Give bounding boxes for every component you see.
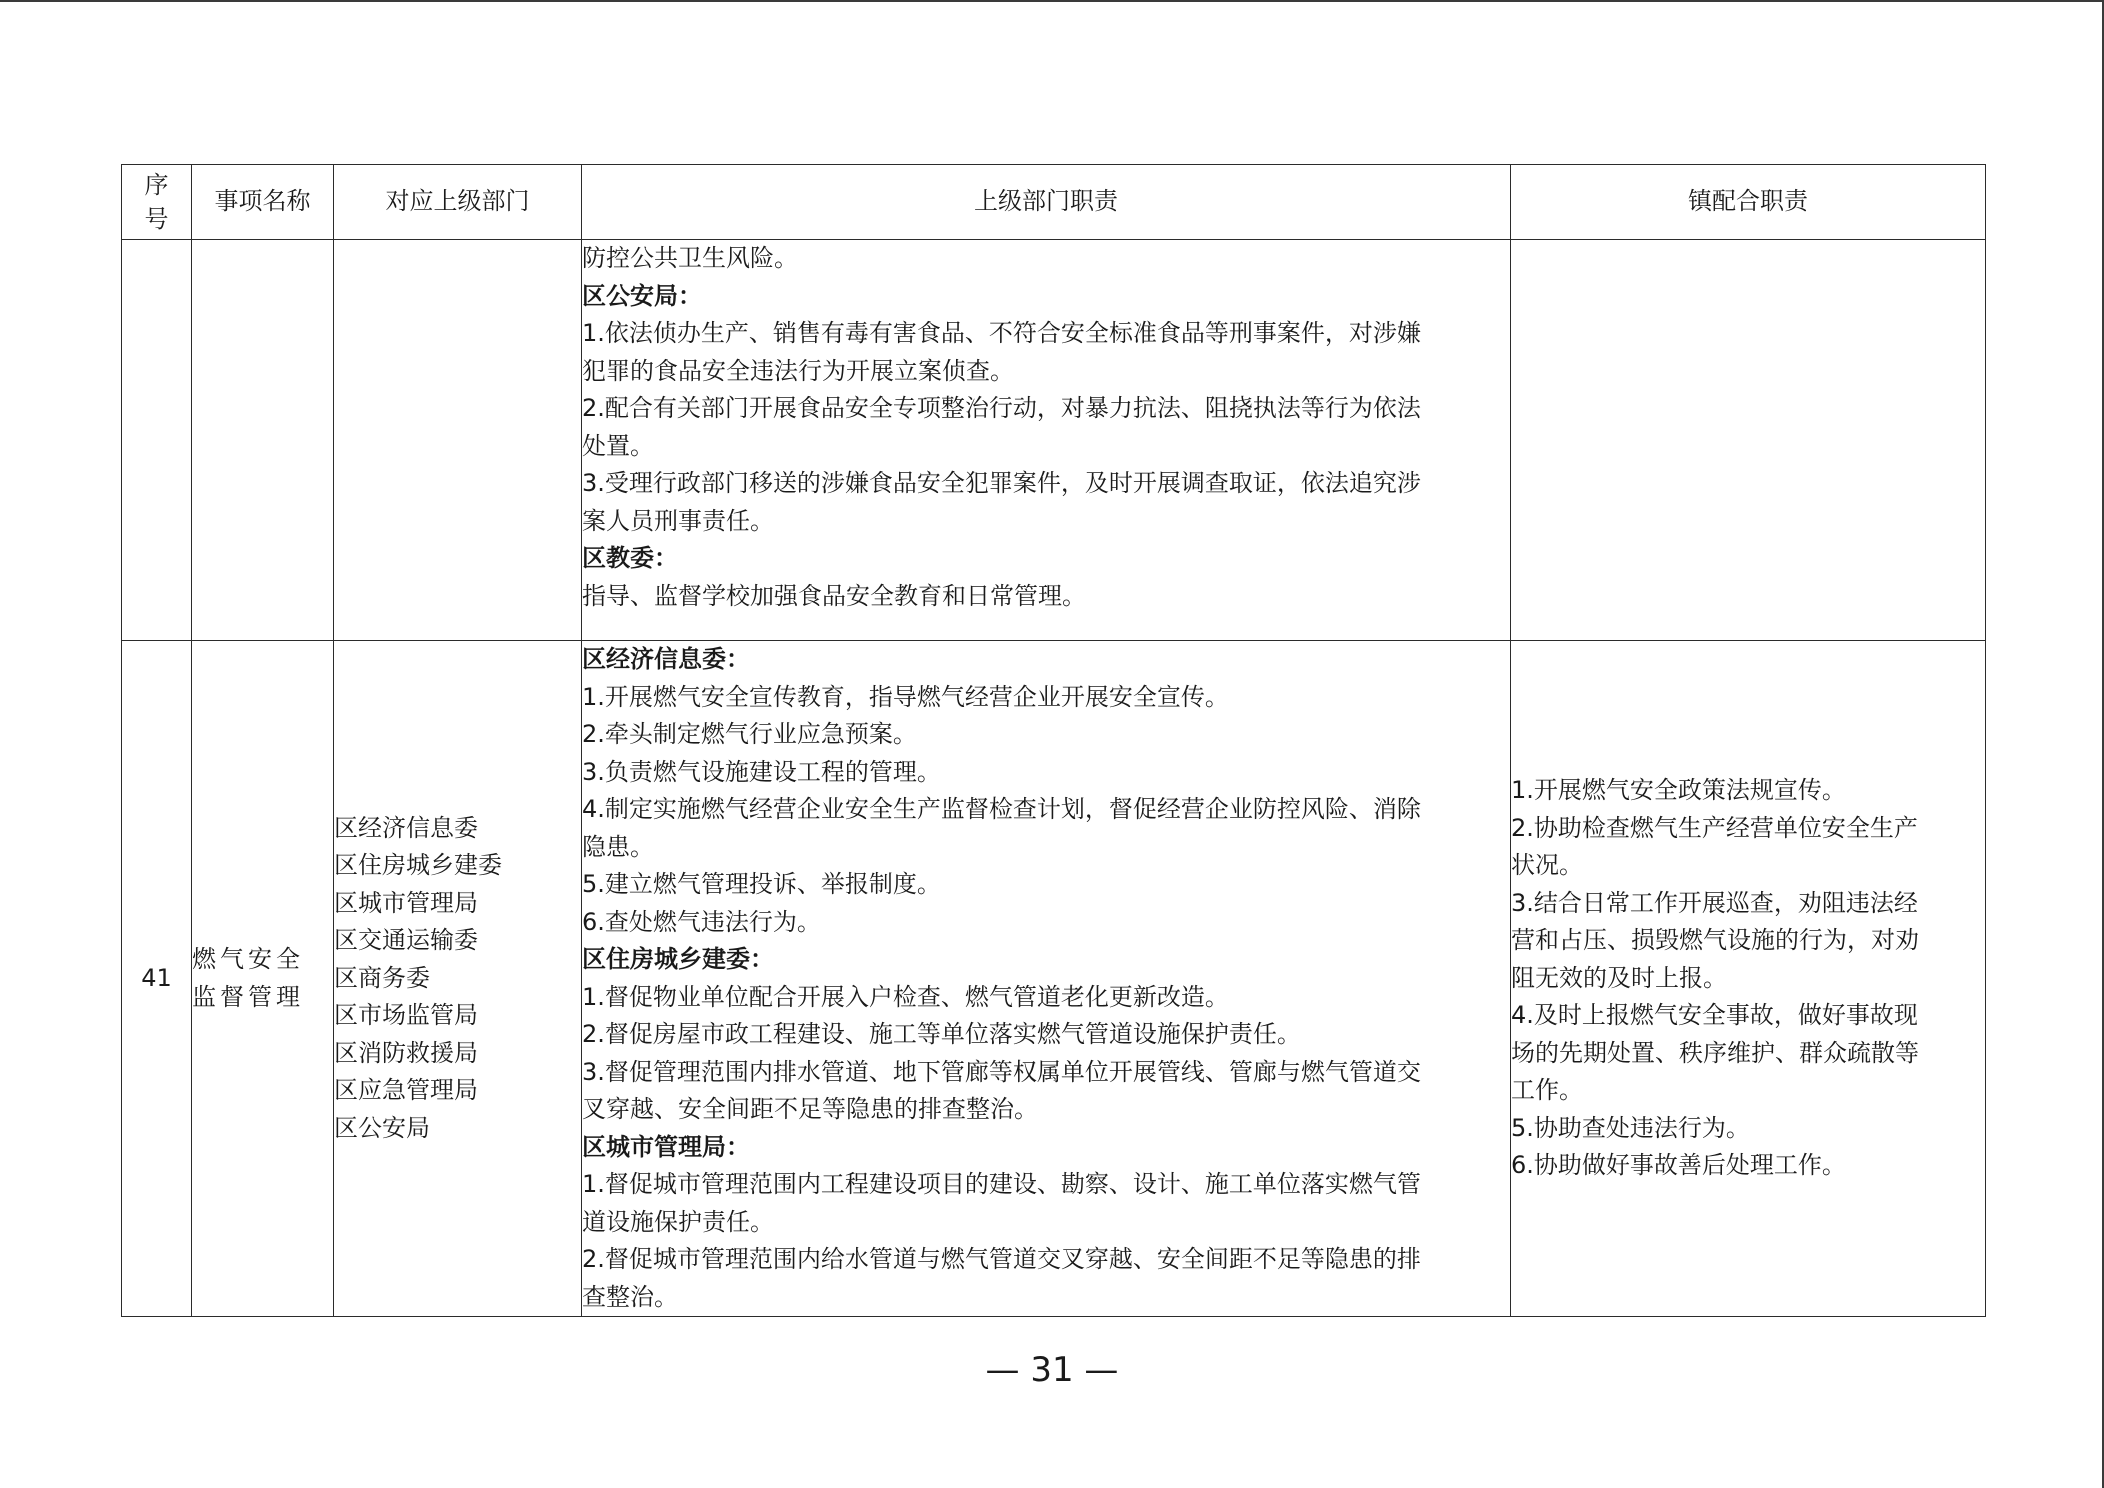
header-superior-dept: 对应上级部门 [334, 165, 582, 240]
duty-line: 犯罪的食品安全违法行为开展立案侦查。 [582, 353, 1510, 391]
text-line: 燃气安全 [192, 941, 333, 979]
duty-line: 1.督促物业单位配合开展入户检查、燃气管道老化更新改造。 [582, 979, 1510, 1017]
table-header-row: 序 号 事项名称 对应上级部门 上级部门职责 镇配合职责 [122, 165, 1986, 240]
text-line: 6.协助做好事故善后处理工作。 [1511, 1147, 1985, 1185]
row-serial-number: 41 [122, 641, 192, 1317]
row-superior-duties: 防控公共卫生风险。区公安局：1.依法侦办生产、销售有毒有害食品、不符合安全标准食… [582, 240, 1511, 641]
text-line: 状况。 [1511, 847, 1985, 885]
text-line: 区公安局 [334, 1110, 581, 1148]
text-line: 区住房城乡建委 [334, 847, 581, 885]
duty-line: 3.受理行政部门移送的涉嫌食品安全犯罪案件，及时开展调查取证，依法追究涉 [582, 465, 1510, 503]
text-line: 区消防救援局 [334, 1035, 581, 1073]
row-item-name [192, 240, 334, 641]
text-line: 场的先期处置、秩序维护、群众疏散等 [1511, 1035, 1985, 1073]
duty-line: 指导、监督学校加强食品安全教育和日常管理。 [582, 578, 1510, 616]
duty-line: 隐患。 [582, 829, 1510, 867]
duty-line: 1.依法侦办生产、销售有毒有害食品、不符合安全标准食品等刑事案件，对涉嫌 [582, 315, 1510, 353]
text-line: 工作。 [1511, 1072, 1985, 1110]
row-superior-duties: 区经济信息委：1.开展燃气安全宣传教育，指导燃气经营企业开展安全宣传。2.牵头制… [582, 641, 1511, 1317]
text-line: 监督管理 [192, 979, 333, 1017]
row-town-duties: 1.开展燃气安全政策法规宣传。2.协助检查燃气生产经营单位安全生产状况。3.结合… [1511, 641, 1986, 1317]
department-heading: 区教委： [582, 540, 1510, 578]
duty-line: 防控公共卫生风险。 [582, 240, 1510, 278]
text-line: 5.协助查处违法行为。 [1511, 1110, 1985, 1148]
duty-line: 2.督促房屋市政工程建设、施工等单位落实燃气管道设施保护责任。 [582, 1016, 1510, 1054]
duty-line: 处置。 [582, 428, 1510, 466]
header-town-duty: 镇配合职责 [1511, 165, 1986, 240]
duty-line: 2.牵头制定燃气行业应急预案。 [582, 716, 1510, 754]
text-line: 营和占压、损毁燃气设施的行为，对劝 [1511, 922, 1985, 960]
text-line: 2.协助检查燃气生产经营单位安全生产 [1511, 810, 1985, 848]
header-superior-duty: 上级部门职责 [582, 165, 1511, 240]
duty-line: 1.开展燃气安全宣传教育，指导燃气经营企业开展安全宣传。 [582, 679, 1510, 717]
page-top-rule [0, 0, 2104, 2]
row-superior-depts: 区经济信息委区住房城乡建委区城市管理局区交通运输委区商务委区市场监管局区消防救援… [334, 641, 582, 1317]
duty-line: 3.督促管理范围内排水管道、地下管廊等权属单位开展管线、管廊与燃气管道交 [582, 1054, 1510, 1092]
duty-line: 1.督促城市管理范围内工程建设项目的建设、勘察、设计、施工单位落实燃气管 [582, 1166, 1510, 1204]
header-serial-line2: 号 [122, 202, 191, 236]
duty-line: 叉穿越、安全间距不足等隐患的排查整治。 [582, 1091, 1510, 1129]
text-line: 区商务委 [334, 960, 581, 998]
text-line: 4.及时上报燃气安全事故，做好事故现 [1511, 997, 1985, 1035]
duty-line: 道设施保护责任。 [582, 1204, 1510, 1242]
duty-line: 2.配合有关部门开展食品安全专项整治行动，对暴力抗法、阻挠执法等行为依法 [582, 390, 1510, 428]
text-line: 区交通运输委 [334, 922, 581, 960]
duty-table: 序 号 事项名称 对应上级部门 上级部门职责 镇配合职责 防控公共卫生风险。区公… [121, 164, 1986, 1317]
header-serial-number: 序 号 [122, 165, 192, 240]
text-line: 阻无效的及时上报。 [1511, 960, 1985, 998]
duty-line: 3.负责燃气设施建设工程的管理。 [582, 754, 1510, 792]
department-heading: 区经济信息委： [582, 641, 1510, 679]
text-line: 区城市管理局 [334, 885, 581, 923]
text-line: 1.开展燃气安全政策法规宣传。 [1511, 772, 1985, 810]
header-serial-line1: 序 [122, 168, 191, 202]
department-heading: 区城市管理局： [582, 1129, 1510, 1167]
text-line: 区应急管理局 [334, 1072, 581, 1110]
duty-line: 案人员刑事责任。 [582, 503, 1510, 541]
row-superior-depts [334, 240, 582, 641]
row-serial-number [122, 240, 192, 641]
table-row: 41 燃气安全监督管理 区经济信息委区住房城乡建委区城市管理局区交通运输委区商务… [122, 641, 1986, 1317]
duty-line: 5.建立燃气管理投诉、举报制度。 [582, 866, 1510, 904]
page-number: — 31 — [0, 1348, 2104, 1392]
row-town-duties [1511, 240, 1986, 641]
table-row: 防控公共卫生风险。区公安局：1.依法侦办生产、销售有毒有害食品、不符合安全标准食… [122, 240, 1986, 641]
header-item-name: 事项名称 [192, 165, 334, 240]
duty-line: 4.制定实施燃气经营企业安全生产监督检查计划，督促经营企业防控风险、消除 [582, 791, 1510, 829]
text-line: 区经济信息委 [334, 810, 581, 848]
department-heading: 区住房城乡建委： [582, 941, 1510, 979]
text-line: 区市场监管局 [334, 997, 581, 1035]
text-line: 3.结合日常工作开展巡查，劝阻违法经 [1511, 885, 1985, 923]
duty-line: 6.查处燃气违法行为。 [582, 904, 1510, 942]
row-item-name: 燃气安全监督管理 [192, 641, 334, 1317]
duty-line: 查整治。 [582, 1279, 1510, 1317]
department-heading: 区公安局： [582, 278, 1510, 316]
duty-line: 2.督促城市管理范围内给水管道与燃气管道交叉穿越、安全间距不足等隐患的排 [582, 1241, 1510, 1279]
